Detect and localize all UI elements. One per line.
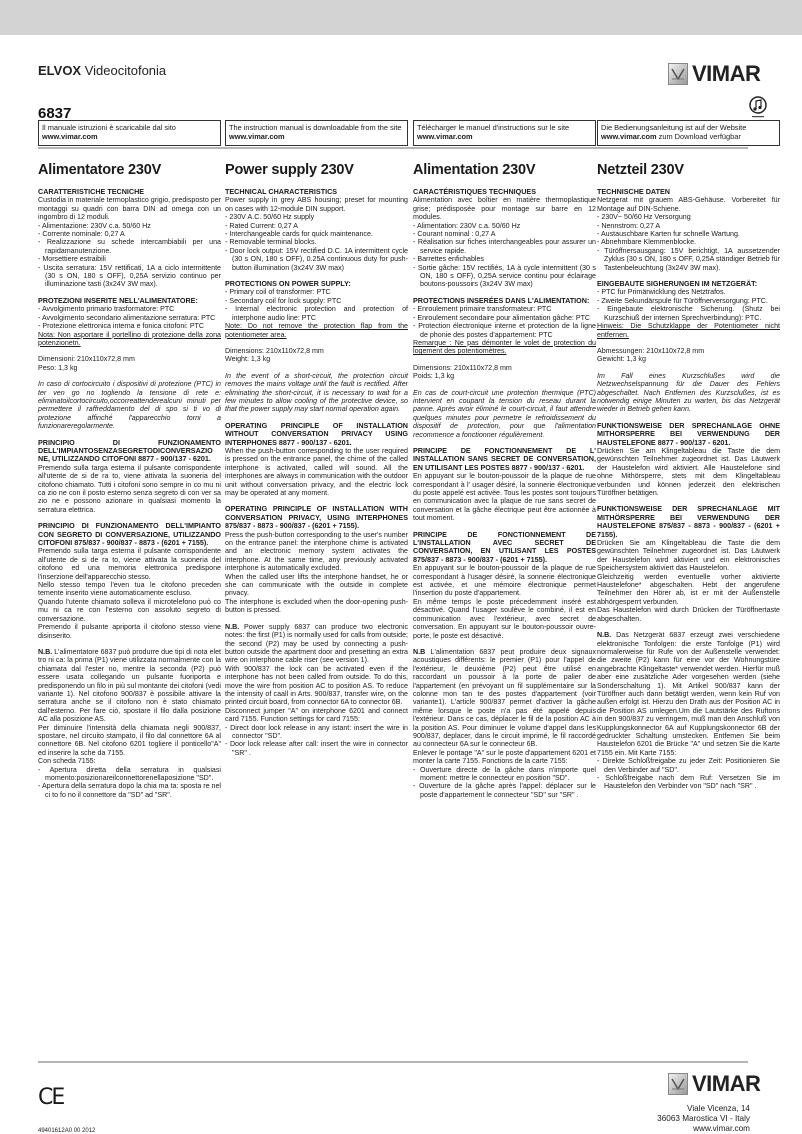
operation-text-privacy: Nello stesso tempo l'even tua le citofon… (38, 581, 221, 598)
card-7155-options: Direkte Schloßfreigabe zu jeder Zeit: Po… (597, 757, 780, 791)
footer-divider (38, 1061, 748, 1063)
nb-text: Power supply 6837 can produce two electr… (225, 623, 408, 665)
protection-item: Enroulement primaire transformateur: PTC (413, 305, 596, 313)
tech-item: Corrente nominale: 0,27 A (38, 230, 221, 238)
operation-text-no-privacy: When the push-button corresponding to th… (225, 447, 408, 497)
dimensions: Dimensions: 210x110x72,8 mm (225, 347, 408, 355)
download-notice: Télécharger le manuel d'instructions sur… (413, 120, 596, 146)
protection-item: Protezione elettronica interna e fonica … (38, 322, 221, 330)
operation-heading-privacy: PRINCIPIO DI FUNZIONAMENTO DELL'IMPIANTO… (38, 522, 221, 547)
warning-note: Nota: Non asportare il portellino di pro… (38, 331, 221, 348)
tech-intro: Custodia in materiale termoplastico grig… (38, 196, 221, 221)
protection-heading: PROTECTIONS ON POWER SUPPLY: (225, 280, 408, 288)
warning-note: Remarque : Ne pas démonter le volet de p… (413, 339, 596, 356)
nb-label: N.B (413, 648, 425, 656)
tech-list: 230V~ 50/60 Hz VersorgungNennstrom: 0,27… (597, 213, 780, 272)
notice-suffix: zum Download verfügbar (657, 132, 741, 141)
operation-heading-no-privacy: OPERATING PRINCIPLE OF INSTALLATION WITH… (225, 422, 408, 447)
card-option-item: Apertura della serratura dopo la chia ma… (38, 782, 221, 799)
tech-item: 230V~ 50/60 Hz Versorgung (597, 213, 780, 221)
tech-item: Réalisation sur fiches interchangeables … (413, 238, 596, 255)
protection-item: Zweite Sekundärspule für Türöffnerversor… (597, 297, 780, 305)
notice-text: Télécharger le manuel d'instructions sur… (417, 123, 569, 132)
operation-heading-no-privacy: FUNKTIONSWEISE DER SPRECHANLAGE OHNE MIT… (597, 422, 780, 447)
operation-text-no-privacy: Premendo sulla targa esterna il pulsante… (38, 464, 221, 514)
operation-text-privacy: En appuyant sur le bouton-poussoir de la… (413, 564, 596, 598)
column-german: Die Bedienungsanleitung ist auf der Webs… (597, 120, 780, 791)
nb-label: N.B. (38, 648, 52, 656)
notice-link[interactable]: www.vimar.com (417, 132, 473, 141)
operation-text-privacy: Quando l'utente chiamato solleva il micr… (38, 598, 221, 623)
section-title: Alimentatore 230V (38, 162, 221, 178)
short-circuit-note: Im Fall eines Kurzschlußes wird die Netz… (597, 372, 780, 414)
operation-text-no-privacy: En appuyant sur le bouton-poussoir de la… (413, 472, 596, 522)
nb-text: Per diminuire l'intensità della chiamata… (38, 724, 221, 758)
operation-text-privacy: Drücken Sie am Klingeltableau die Taste … (597, 539, 780, 573)
weight: Peso: 1,3 kg (38, 364, 221, 372)
protection-heading: PROTECTIONS INSERÉES DANS L'ALIMENTATION… (413, 297, 596, 305)
vimar-logo: VIMAR (668, 63, 760, 85)
card-option-item: Ouverture de la gâche après l'appel: dép… (413, 782, 596, 799)
tech-item: Interchangeable cards for quick maintena… (225, 230, 408, 238)
card-option-item: Direct door lock release in any istant: … (225, 724, 408, 741)
protection-list: Avvolgimento primario trasformatore: PTC… (38, 305, 221, 330)
tech-item: Sortie gâche: 15V rectifiés, 1A à cycle … (413, 264, 596, 289)
tech-heading: TECHNISCHE DATEN (597, 188, 780, 196)
card-option-item: Ouverture directe de la gâche dans n'imp… (413, 766, 596, 783)
tech-list: 230V A.C. 50/60 Hz supplyRated Current: … (225, 213, 408, 272)
music-note-badge-icon (748, 96, 768, 120)
tech-item: Türöffnersausgang: 15V berichtigt, 1A au… (597, 247, 780, 272)
footer-vimar-logo: VIMAR (668, 1073, 760, 1095)
operation-text-privacy: Das Haustelefon wird durch Drücken der T… (597, 606, 780, 623)
operation-heading-privacy: PRINCIPE DE FONCTIONNEMENT DE L'INSTALLA… (413, 531, 596, 565)
download-notice: Il manuale istruzioni è scaricabile dal … (38, 120, 221, 146)
protection-item: Avvolgimento secondario alimentazione se… (38, 314, 221, 322)
tech-heading: CARATTERISTICHE TECNICHE (38, 188, 221, 196)
operation-heading-privacy: OPERATING PRINCIPLE OF INSTALLATION WITH… (225, 505, 408, 530)
tech-list: Alimentazione: 230V c.a. 50/60 HzCorrent… (38, 222, 221, 289)
protection-item: Internal electronic protection and prote… (225, 305, 408, 322)
tech-item: Morsettiere estraibili (38, 255, 221, 263)
dimensions: Abmessungen: 210x110x72,8 mm (597, 347, 780, 355)
nb-text: L'alimentation 6837 peut produire deux s… (413, 648, 596, 748)
nb-paragraph: N.B L'alimentation 6837 peut produire de… (413, 648, 596, 749)
protection-item: Secondary coil for lock supply: PTC (225, 297, 408, 305)
tech-item: Abnehmbare Klemmenblocke. (597, 238, 780, 246)
card-7155-options: Apertura diretta della serratura in qual… (38, 766, 221, 800)
brand-subtitle: Videocitofonia (81, 63, 166, 78)
card-option-item: Direkte Schloßfreigabe zu jeder Zeit: Po… (597, 757, 780, 774)
nb-paragraph: N.B. Power supply 6837 can produce two e… (225, 623, 408, 665)
vimar-logo-mark-icon (668, 63, 688, 85)
protection-heading: PROTEZIONI INSERITE NELL'ALIMENTATORE: (38, 297, 221, 305)
document-number: 49401612A0 00 2012 (38, 1128, 95, 1134)
notice-text: The instruction manual is downloadable f… (229, 123, 402, 132)
operation-heading-no-privacy: PRINCIPE DE FONCTIONNEMENT DE L' INSTALL… (413, 447, 596, 472)
operation-text-privacy: Premendo sulla targa esterna il pulsante… (38, 547, 221, 581)
nb-text: With 900/837 the lock can be activated e… (225, 665, 408, 707)
weight: Gewicht: 1,3 kg (597, 355, 780, 363)
nb-text: Disconnect jumper "A" on interphone 6201… (225, 707, 408, 724)
tech-item: Austauschbare Karten fur schnelle Wartun… (597, 230, 780, 238)
operation-text-privacy: The interphone is excluded when the door… (225, 598, 408, 615)
protection-list: Primary coil of transformer: PTCSecondar… (225, 288, 408, 322)
vimar-logo-text: VIMAR (692, 63, 760, 85)
card-option-item: Apertura diretta della serratura in qual… (38, 766, 221, 783)
notice-text: Die Bedienungsanleitung ist auf der Webs… (601, 123, 746, 132)
tech-intro: Alimentation avec boîtier en matière the… (413, 196, 596, 221)
top-gray-band (0, 0, 802, 35)
tech-item: Alimentation: 230V c.a. 50/60 Hz (413, 222, 596, 230)
column-french: Télécharger le manuel d'instructions sur… (413, 120, 596, 799)
notice-link[interactable]: www.vimar.com (601, 132, 657, 141)
notice-link[interactable]: www.vimar.com (42, 132, 98, 141)
section-title: Netzteil 230V (597, 162, 780, 178)
nb-text: Das Netzgerät 6837 erzeugt zwei verschie… (597, 631, 780, 757)
section-title: Alimentation 230V (413, 162, 596, 178)
warning-note: Hinweis: Die Schutzklappe der Potentiome… (597, 322, 780, 339)
ce-mark-icon: CE (38, 1085, 63, 1110)
protection-item: Enroulement secondaire pour alimentation… (413, 314, 596, 322)
short-circuit-note: En cas de court-circuit une protection t… (413, 389, 596, 439)
card-7155-options: Ouverture directe de la gâche dans n'imp… (413, 766, 596, 800)
operation-text-privacy: Press the push-button corresponding to t… (225, 531, 408, 573)
vimar-logo-text: VIMAR (692, 1073, 760, 1095)
download-notice: Die Bedienungsanleitung ist auf der Webs… (597, 120, 780, 146)
protection-list: PTC fur Primärwicklung des Netztrafos.Zw… (597, 288, 780, 322)
tech-item: Barrettes enfichables (413, 255, 596, 263)
operation-text-privacy: Gleichzeitig werden eventuelle vorher ak… (597, 573, 780, 607)
notice-text: Il manuale istruzioni è scaricabile dal … (42, 123, 176, 132)
operation-heading-privacy: FUNKTIONSWEISE DER SPRECHANLAGE MIT MITH… (597, 505, 780, 539)
nb-text: Enlever le pontage "A" sur le poste d'ap… (413, 749, 596, 766)
address-city: 36063 Marostica VI - Italy (657, 1114, 750, 1124)
download-notice: The instruction manual is downloadable f… (225, 120, 408, 146)
protection-item: Eingebaute elektronische Sicherung. (Shu… (597, 305, 780, 322)
nb-paragraph: N.B. Das Netzgerät 6837 erzeugt zwei ver… (597, 631, 780, 757)
column-italian: Il manuale istruzioni è scaricabile dal … (38, 120, 221, 799)
website-link[interactable]: www.vimar.com (657, 1124, 750, 1134)
protection-item: PTC fur Primärwicklung des Netztrafos. (597, 288, 780, 296)
address-street: Viale Vicenza, 14 (657, 1104, 750, 1114)
tech-heading: TECHNICAL CHARACTERISTICS (225, 188, 408, 196)
section-title: Power supply 230V (225, 162, 408, 178)
protection-item: Protection électronique interne et prote… (413, 322, 596, 339)
card-option-item: Door lock release after call: insert the… (225, 740, 408, 757)
short-circuit-note: In the event of a short-circuit, the pro… (225, 372, 408, 414)
operation-heading-no-privacy: PRINCIPIO DI FUNZIONAMENTO DELL'IMPIANTO… (38, 439, 221, 464)
tech-list: Alimentation: 230V c.a. 50/60 HzCourant … (413, 222, 596, 289)
notice-link[interactable]: www.vimar.com (229, 132, 285, 141)
nb-label: N.B. (225, 623, 239, 631)
nb-text: Con scheda 7155: (38, 757, 221, 765)
vimar-logo-mark-icon (668, 1073, 688, 1095)
tech-item: Realizzazione su schede intercambiabili … (38, 238, 221, 255)
weight: Weight: 1,3 kg (225, 355, 408, 363)
tech-intro: Netzgerat mit grauem ABS-Gehäuse. Vorber… (597, 196, 780, 213)
warning-note: Note: Do not remove the protection flap … (225, 322, 408, 339)
column-english: The instruction manual is downloadable f… (225, 120, 408, 757)
protection-list: Enroulement primaire transformateur: PTC… (413, 305, 596, 339)
short-circuit-note: In caso di cortocircuito i dispositivi d… (38, 380, 221, 430)
tech-item: Rated Current: 0,27 A (225, 222, 408, 230)
operation-text-privacy: Premendo il pulsante apriporta il citofo… (38, 623, 221, 640)
protection-item: Avvolgimento primario trasformatore: PTC (38, 305, 221, 313)
brand-title: ELVOX Videocitofonia (38, 63, 166, 78)
dimensions: Dimensions: 210x110x72,8 mm (413, 364, 596, 372)
nb-paragraph: N.B. L'alimentatore 6837 può produrre du… (38, 648, 221, 724)
card-7155-options: Direct door lock release in any istant: … (225, 724, 408, 758)
company-address: Viale Vicenza, 14 36063 Marostica VI - I… (657, 1104, 750, 1134)
card-option-item: Schloßfreigabe nach dem Ruf: Versetzen S… (597, 774, 780, 791)
tech-item: Removable terminal blocks. (225, 238, 408, 246)
dimensions: Dimensioni: 210x110x72,8 mm (38, 355, 221, 363)
tech-item: Nennstrom: 0,27 A (597, 222, 780, 230)
weight: Poids: 1,3 kg (413, 372, 596, 380)
tech-intro: Power supply in grey ABS housing; preset… (225, 196, 408, 213)
tech-item: Uscita serratura: 15V rettificati, 1A a … (38, 264, 221, 289)
tech-item: Door lock output: 15V rectified D.C. 1A … (225, 247, 408, 272)
tech-item: Alimentazione: 230V c.a. 50/60 Hz (38, 222, 221, 230)
brand-elvox: ELVOX (38, 63, 81, 78)
operation-text-no-privacy: Drücken Sie am Klingeltableau die Taste … (597, 447, 780, 497)
tech-heading: CARACTÉRISTIQUES TECHNIQUES (413, 188, 596, 196)
protection-item: Primary coil of transformer: PTC (225, 288, 408, 296)
tech-item: 230V A.C. 50/60 Hz supply (225, 213, 408, 221)
operation-text-privacy: When the called user lifts the interphon… (225, 573, 408, 598)
nb-text: L'alimentatore 6837 può produrre due tip… (38, 648, 221, 723)
footer-left: CE (38, 1085, 63, 1110)
operation-text-privacy: En même temps le poste précedemment insé… (413, 598, 596, 640)
nb-label: N.B. (597, 631, 611, 639)
tech-item: Courant nominal : 0,27 A (413, 230, 596, 238)
protection-heading: EINGEBAUTE SIGHERUNGEN IM NETZGERÄT: (597, 280, 780, 288)
